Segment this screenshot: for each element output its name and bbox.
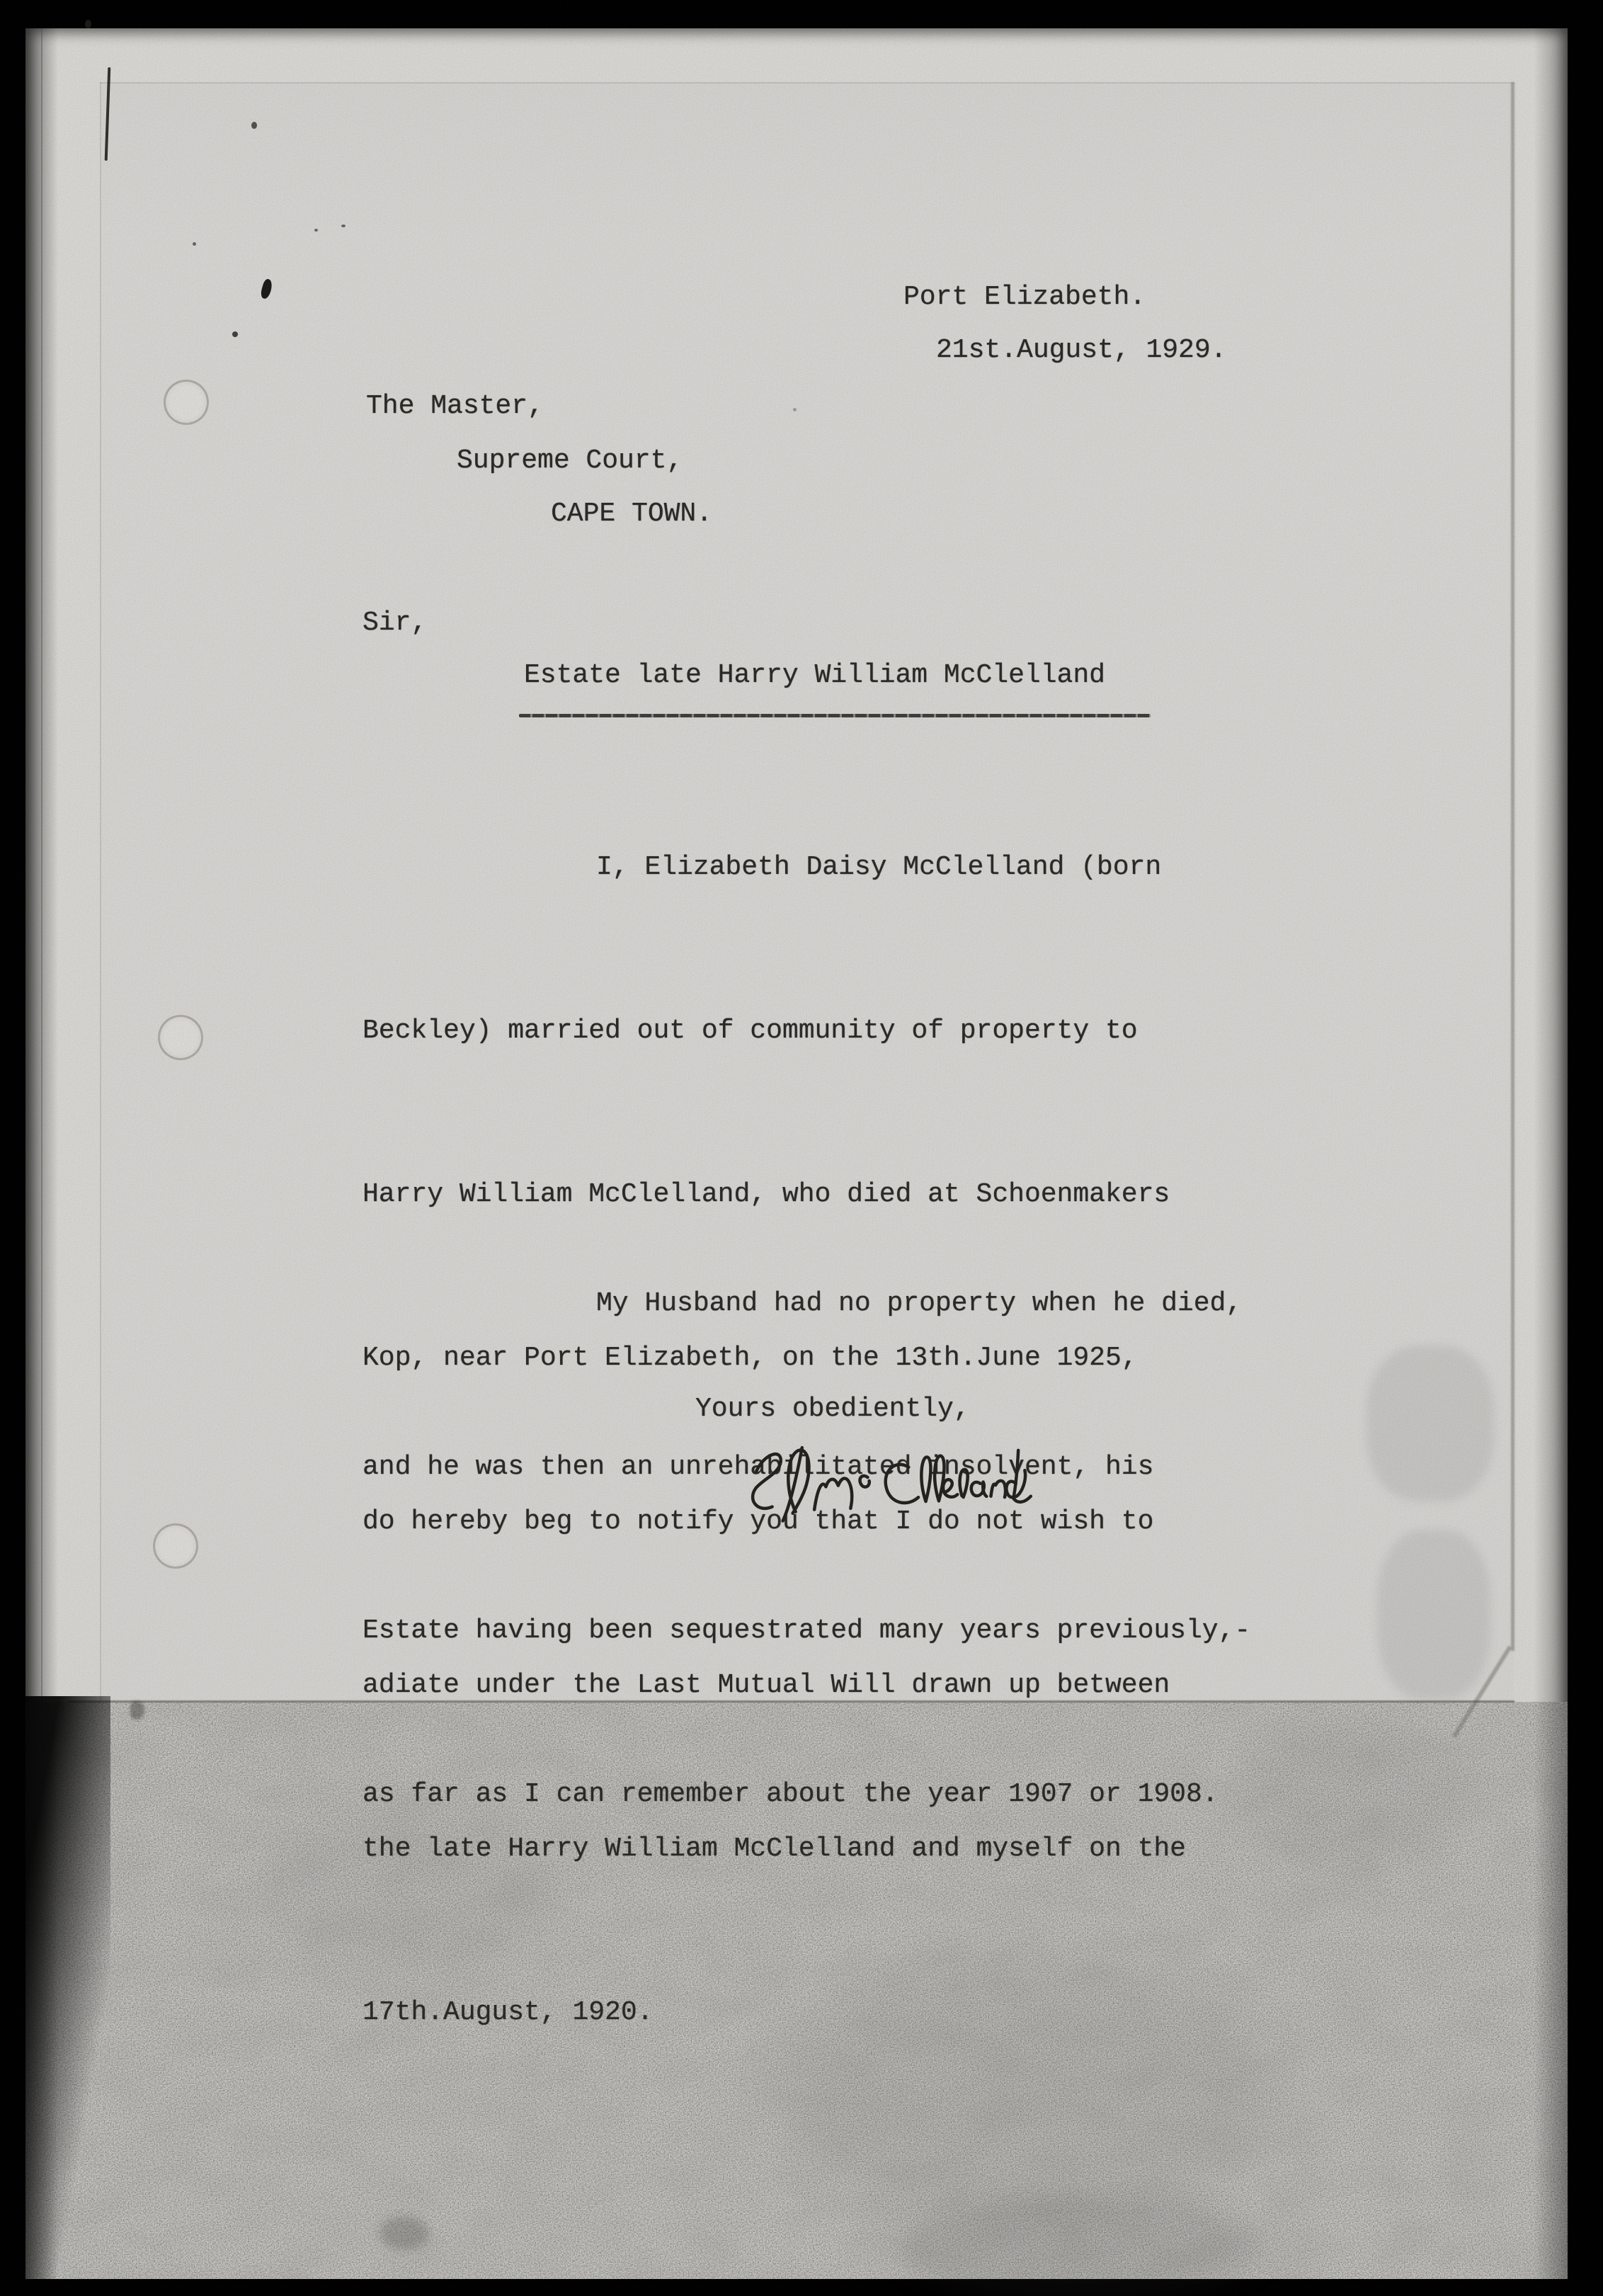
paper-stain	[896, 2195, 1265, 2296]
dust-speck	[85, 20, 91, 28]
body-line: I, Elizabeth Daisy McClelland (born	[363, 840, 1186, 894]
scan-shadow-bottom-left	[25, 1696, 110, 2279]
subject-line: Estate late Harry William McClelland	[524, 660, 1105, 690]
dust-speck	[793, 408, 797, 411]
body-paragraph-2: My Husband had no property when he died,…	[363, 1167, 1250, 1931]
salutation: Sir,	[363, 608, 427, 638]
scan-shadow-right	[1534, 28, 1568, 2279]
signature-strokes	[726, 1433, 1034, 1530]
dust-speck	[341, 225, 346, 227]
punch-hole	[164, 380, 209, 425]
dust-speck	[232, 331, 238, 337]
dust-speck	[314, 229, 318, 232]
letter-right-edge	[1511, 82, 1514, 1651]
scanned-letter-page: Port Elizabeth. 21st.August, 1929. The M…	[0, 0, 1603, 2296]
paper-stain	[380, 2217, 429, 2249]
paper-stain	[1243, 1714, 1456, 1870]
body-line: Estate having been sequestrated many yea…	[363, 1603, 1250, 1658]
body-line: as far as I can remember about the year …	[363, 1767, 1250, 1822]
punch-hole	[153, 1523, 198, 1569]
dust-speck	[251, 122, 257, 129]
closing-line: Yours obediently,	[695, 1394, 970, 1424]
letter-top-edge	[100, 82, 1514, 84]
body-line: 17th.August, 1920.	[363, 1985, 1186, 2040]
date-line: 21st.August, 1929.	[936, 335, 1226, 365]
ghost-mark	[1377, 1530, 1490, 1700]
smudge	[130, 1701, 144, 1720]
recipient-line: The Master,	[366, 391, 544, 421]
recipient-line: CAPE TOWN.	[551, 499, 712, 529]
dust-speck	[193, 242, 196, 246]
punch-hole	[158, 1015, 203, 1060]
subject-underline	[519, 714, 1151, 717]
body-line: Beckley) married out of community of pro…	[363, 1004, 1186, 1058]
ghost-mark	[1367, 1346, 1494, 1501]
letter-left-edge	[100, 82, 101, 1702]
recipient-line: Supreme Court,	[457, 445, 683, 476]
place-line: Port Elizabeth.	[903, 282, 1146, 312]
body-line: My Husband had no property when he died,	[363, 1276, 1250, 1331]
signature-handwriting: E D McClleland	[726, 1433, 1034, 1530]
